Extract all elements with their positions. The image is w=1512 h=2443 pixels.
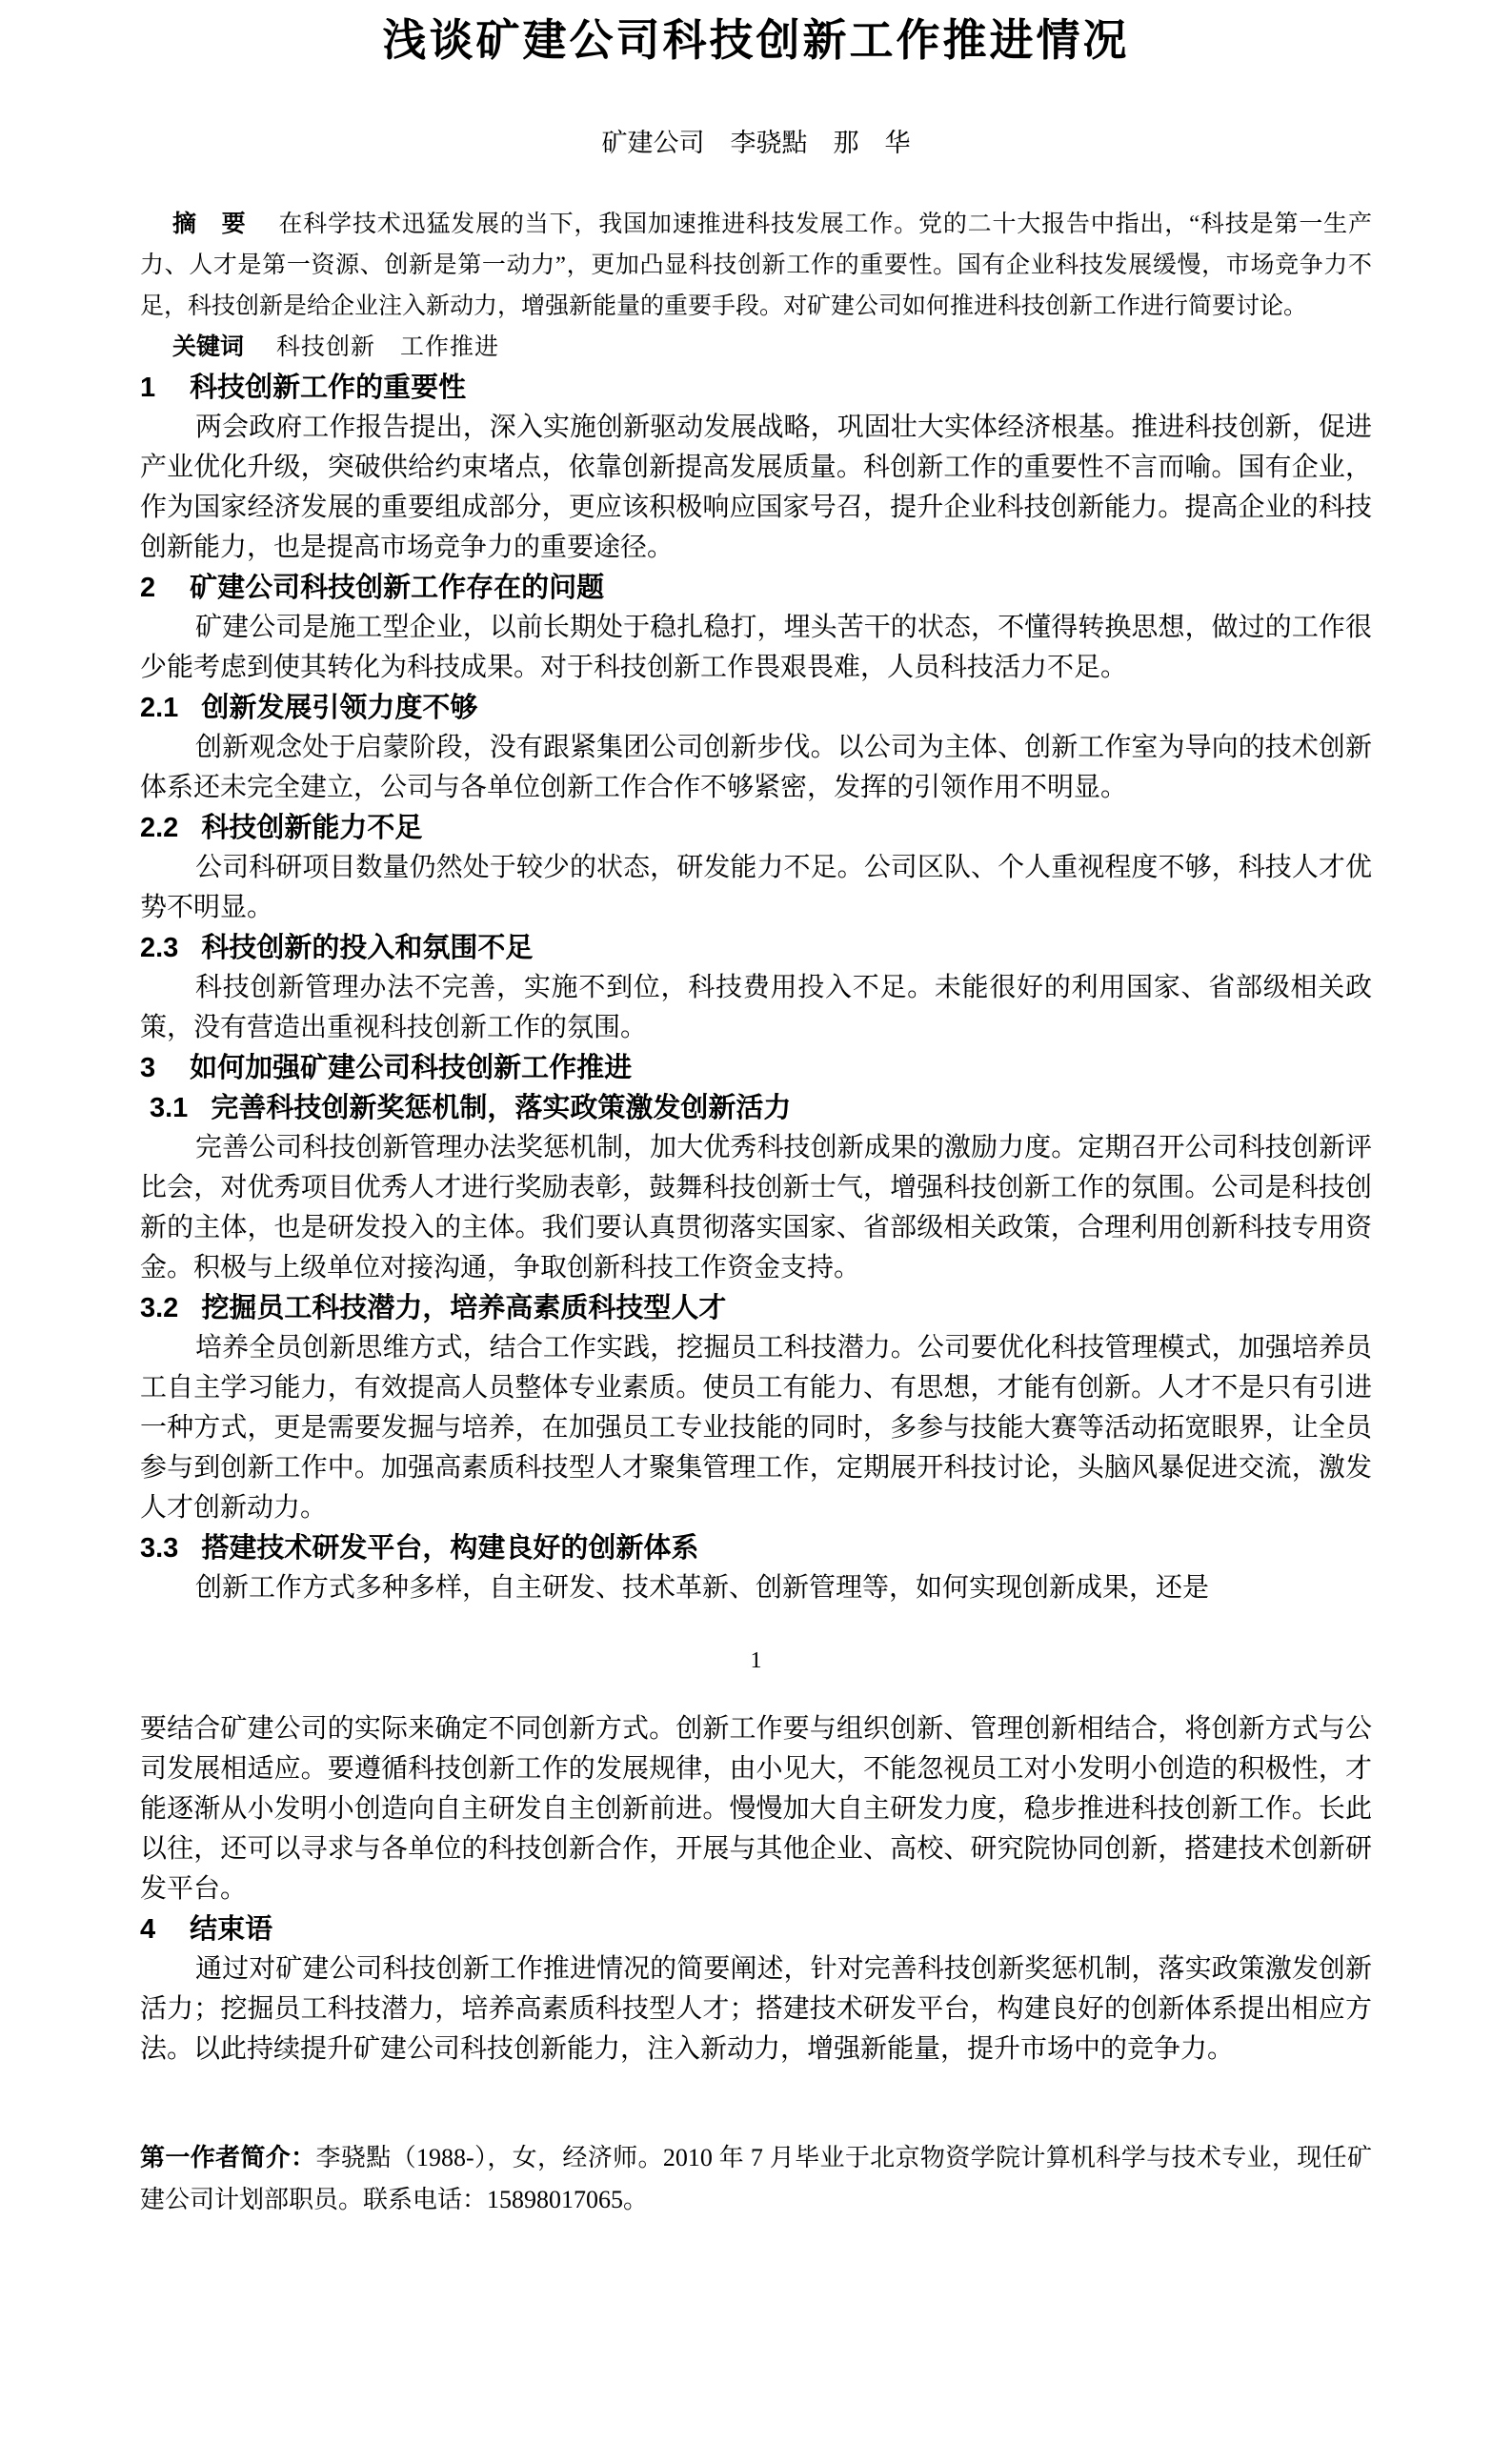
keywords-terms: 科技创新 工作推进 bbox=[276, 334, 499, 360]
section-number: 4 bbox=[140, 1914, 155, 1945]
section-heading-3-2: 3.2挖掘员工科技潜力，培养高素质科技型人才 bbox=[140, 1288, 1372, 1328]
section-title: 科技创新的投入和氛围不足 bbox=[201, 933, 533, 963]
section-heading-2-2: 2.2科技创新能力不足 bbox=[140, 808, 1372, 848]
abstract-label: 摘 要 bbox=[172, 211, 246, 237]
abstract-text: 在科学技术迅猛发展的当下，我国加速推进科技发展工作。党的二十大报告中指出，“科技… bbox=[140, 212, 1372, 319]
section-title: 如何加强矿建公司科技创新工作推进 bbox=[190, 1053, 632, 1083]
paragraph: 两会政府工作报告提出，深入实施创新驱动发展战略，巩固壮大实体经济根基。推进科技创… bbox=[140, 408, 1372, 568]
section-title: 结束语 bbox=[190, 1914, 272, 1945]
authors-line: 矿建公司 李骁點 那 华 bbox=[140, 128, 1372, 158]
section-heading-2-1: 2.1创新发展引领力度不够 bbox=[140, 688, 1372, 728]
section-title: 搭建技术研发平台，构建良好的创新体系 bbox=[201, 1533, 698, 1564]
section-number: 3.2 bbox=[140, 1293, 178, 1323]
paragraph-continuation: 要结合矿建公司的实际来确定不同创新方式。创新工作要与组织创新、管理创新相结合，将… bbox=[140, 1709, 1372, 1909]
paragraph: 通过对矿建公司科技创新工作推进情况的简要阐述，针对完善科技创新奖惩机制，落实政策… bbox=[140, 1949, 1372, 2069]
document-page: 浅谈矿建公司科技创新工作推进情况 矿建公司 李骁點 那 华 摘 要在科学技术迅猛… bbox=[0, 0, 1512, 2443]
section-heading-4: 4结束语 bbox=[140, 1909, 1372, 1949]
section-number: 3.3 bbox=[140, 1533, 178, 1564]
author-bio-label: 第一作者简介： bbox=[140, 2143, 316, 2171]
section-number: 1 bbox=[140, 373, 155, 403]
section-number: 2.3 bbox=[140, 933, 178, 963]
section-heading-2-3: 2.3科技创新的投入和氛围不足 bbox=[140, 928, 1372, 968]
section-heading-1: 1科技创新工作的重要性 bbox=[140, 368, 1372, 408]
paragraph: 完善公司科技创新管理办法奖惩机制，加大优秀科技创新成果的激励力度。定期召开公司科… bbox=[140, 1128, 1372, 1288]
paragraph: 创新工作方式多种多样，自主研发、技术革新、创新管理等，如何实现创新成果，还是 bbox=[140, 1568, 1372, 1608]
section-number: 2 bbox=[140, 573, 155, 603]
author-bio: 第一作者简介：李骁點（1988-），女，经济师。2010 年 7 月毕业于北京物… bbox=[140, 2136, 1372, 2221]
paragraph: 科技创新管理办法不完善，实施不到位，科技费用投入不足。未能很好的利用国家、省部级… bbox=[140, 968, 1372, 1048]
section-number: 2.1 bbox=[140, 693, 178, 723]
section-title: 创新发展引领力度不够 bbox=[201, 693, 477, 723]
section-title: 挖掘员工科技潜力，培养高素质科技型人才 bbox=[201, 1293, 726, 1323]
section-title: 矿建公司科技创新工作存在的问题 bbox=[190, 573, 604, 603]
paragraph: 创新观念处于启蒙阶段，没有跟紧集团公司创新步伐。以公司为主体、创新工作室为导向的… bbox=[140, 728, 1372, 808]
author-bio-text: 李骁點（1988-），女，经济师。2010 年 7 月毕业于北京物资学院计算机科… bbox=[140, 2144, 1372, 2213]
page-number: 1 bbox=[140, 1646, 1372, 1675]
section-title: 科技创新能力不足 bbox=[201, 813, 422, 843]
paragraph: 矿建公司是施工型企业，以前长期处于稳扎稳打，埋头苦干的状态，不懂得转换思想，做过… bbox=[140, 608, 1372, 688]
section-number: 2.2 bbox=[140, 813, 178, 843]
section-title: 完善科技创新奖惩机制，落实政策激发创新活力 bbox=[211, 1093, 791, 1123]
section-heading-3-3: 3.3搭建技术研发平台，构建良好的创新体系 bbox=[140, 1528, 1372, 1568]
keywords-label: 关键词 bbox=[172, 333, 244, 360]
section-heading-3-1: 3.1完善科技创新奖惩机制，落实政策激发创新活力 bbox=[140, 1088, 1372, 1128]
abstract-paragraph: 摘 要在科学技术迅猛发展的当下，我国加速推进科技发展工作。党的二十大报告中指出，… bbox=[140, 204, 1372, 327]
section-heading-3: 3如何加强矿建公司科技创新工作推进 bbox=[140, 1048, 1372, 1088]
section-heading-2: 2矿建公司科技创新工作存在的问题 bbox=[140, 568, 1372, 608]
paragraph: 公司科研项目数量仍然处于较少的状态，研发能力不足。公司区队、个人重视程度不够，科… bbox=[140, 848, 1372, 928]
paragraph: 培养全员创新思维方式，结合工作实践，挖掘员工科技潜力。公司要优化科技管理模式，加… bbox=[140, 1328, 1372, 1528]
section-number: 3.1 bbox=[150, 1093, 188, 1123]
doc-title: 浅谈矿建公司科技创新工作推进情况 bbox=[140, 10, 1372, 71]
keywords-line: 关键词科技创新 工作推进 bbox=[140, 327, 1372, 368]
section-title: 科技创新工作的重要性 bbox=[190, 373, 466, 403]
section-number: 3 bbox=[140, 1053, 155, 1083]
